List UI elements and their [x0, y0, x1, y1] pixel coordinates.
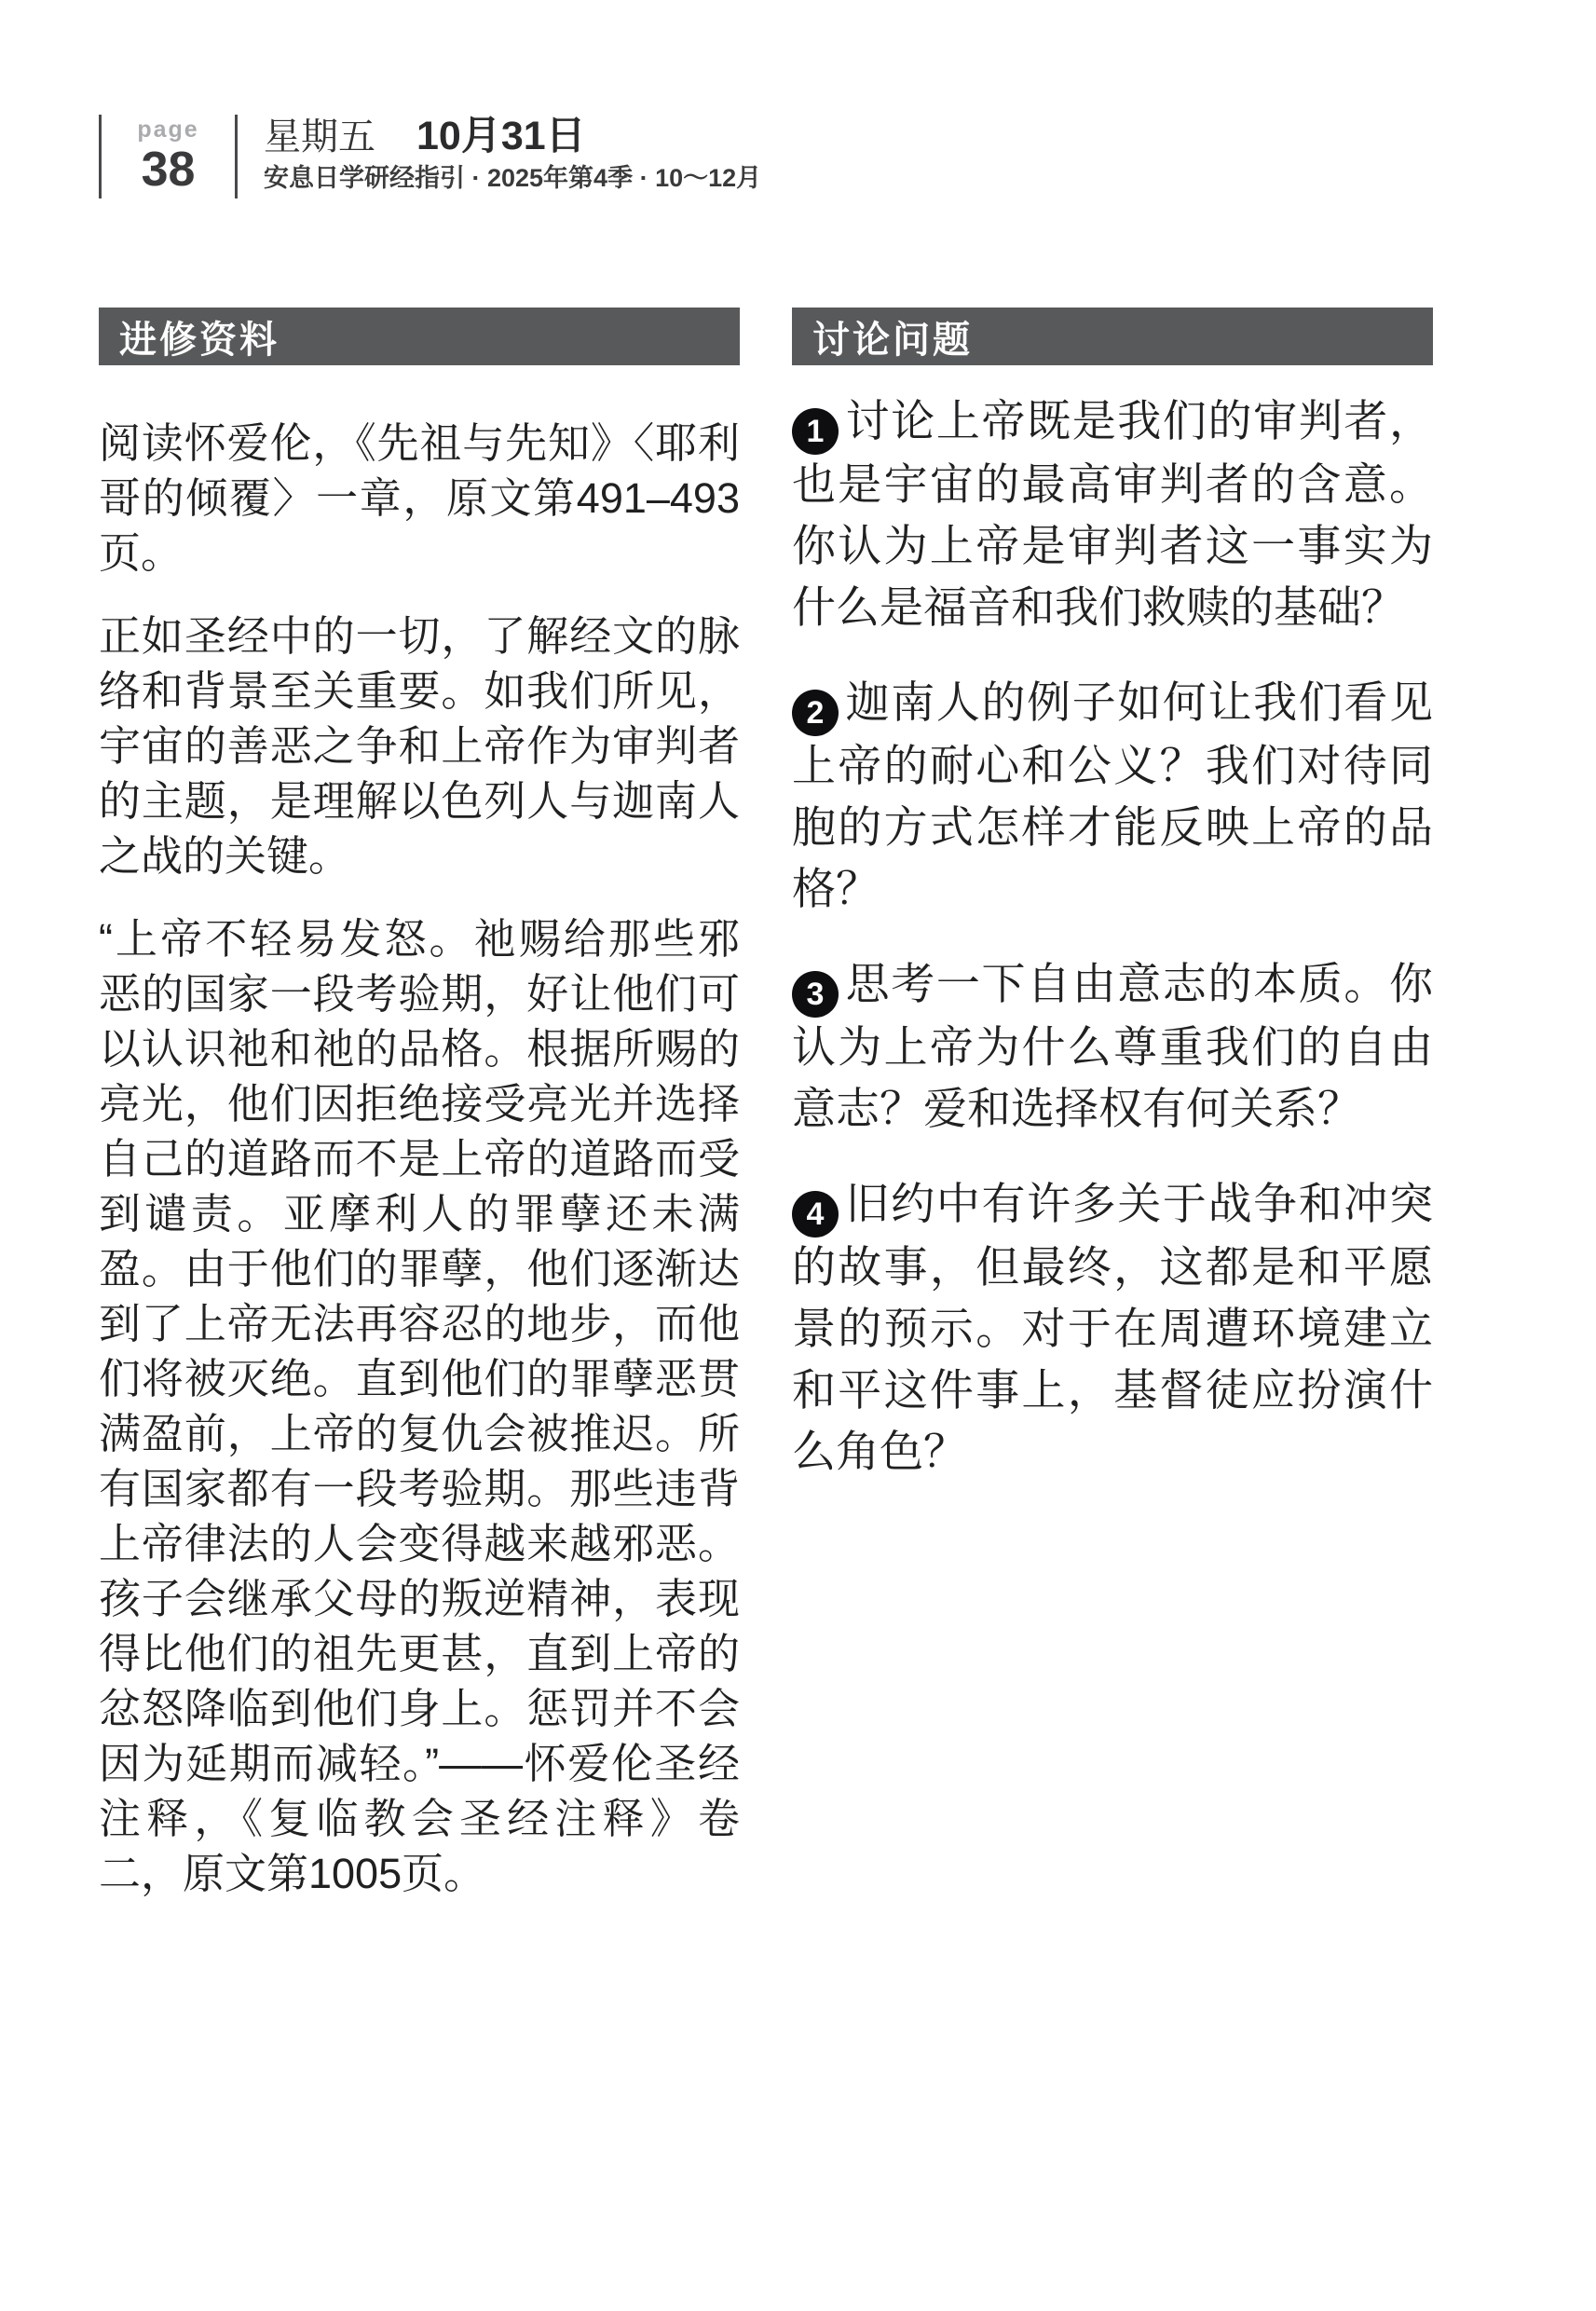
- question-text: 思考一下自由意志的本质。你认为上帝为什么尊重我们的自由意志？爱和选择权有何关系？: [792, 961, 1433, 1134]
- question-number-badge: 3: [792, 971, 839, 1018]
- section-header-study: 进修资料: [99, 308, 740, 365]
- page-header: page 38 星期五 10月31日 安息日学研经指引 · 2025年第4季 ·…: [99, 115, 761, 198]
- question-text: 旧约中有许多关于战争和冲突的故事，但最终，这都是和平愿景的预示。对于在周遭环境建…: [792, 1181, 1433, 1477]
- discussion-question: 1讨论上帝既是我们的审判者，也是宇宙的最高审判者的含意。你认为上帝是审判者这一事…: [792, 391, 1433, 639]
- edition-line: 安息日学研经指引 · 2025年第4季 · 10～12月: [264, 165, 761, 193]
- section-header-discussion-label: 讨论问题: [812, 310, 973, 363]
- date: 10月31日: [416, 116, 586, 157]
- content-columns: 进修资料 阅读怀爱伦，《先祖与先知》〈耶利哥的倾覆〉一章，原文第491–493页…: [99, 308, 1433, 1901]
- page-number-block: page 38: [102, 115, 235, 198]
- question-text: 讨论上帝既是我们的审判者，也是宇宙的最高审判者的含意。你认为上帝是审判者这一事实…: [792, 398, 1433, 633]
- header-rule-mid: [235, 115, 238, 198]
- question-number-badge: 2: [792, 690, 839, 736]
- study-paragraphs: 阅读怀爱伦，《先祖与先知》〈耶利哥的倾覆〉一章，原文第491–493页。 正如圣…: [99, 416, 740, 1901]
- discussion-question: 2迦南人的例子如何让我们看见上帝的耐心和公义？我们对待同胞的方式怎样才能反映上帝…: [792, 673, 1433, 921]
- question-number-badge: 1: [792, 408, 839, 455]
- section-header-discussion: 讨论问题: [792, 308, 1433, 365]
- discussion-questions: 1讨论上帝既是我们的审判者，也是宇宙的最高审判者的含意。你认为上帝是审判者这一事…: [792, 391, 1433, 1484]
- page: page 38 星期五 10月31日 安息日学研经指引 · 2025年第4季 ·…: [0, 0, 1596, 2311]
- discussion-question: 3思考一下自由意志的本质。你认为上帝为什么尊重我们的自由意志？爱和选择权有何关系…: [792, 954, 1433, 1141]
- discussion-question: 4旧约中有许多关于战争和冲突的故事，但最终，这都是和平愿景的预示。对于在周遭环境…: [792, 1174, 1433, 1484]
- weekday: 星期五: [264, 118, 375, 156]
- page-label: page: [102, 118, 235, 142]
- study-paragraph: 正如圣经中的一切，了解经文的脉络和背景至关重要。如我们所见，宇宙的善恶之争和上帝…: [99, 609, 740, 883]
- study-column: 进修资料 阅读怀爱伦，《先祖与先知》〈耶利哥的倾覆〉一章，原文第491–493页…: [99, 308, 740, 1901]
- study-paragraph: “上帝不轻易发怒。祂赐给那些邪恶的国家一段考验期，好让他们可以认识祂和祂的品格。…: [99, 911, 740, 1901]
- section-header-study-label: 进修资料: [119, 310, 280, 363]
- discussion-column: 讨论问题 1讨论上帝既是我们的审判者，也是宇宙的最高审判者的含意。你认为上帝是审…: [792, 308, 1433, 1901]
- study-paragraph: 阅读怀爱伦，《先祖与先知》〈耶利哥的倾覆〉一章，原文第491–493页。: [99, 416, 740, 581]
- date-line: 星期五 10月31日: [264, 116, 761, 157]
- question-text: 迦南人的例子如何让我们看见上帝的耐心和公义？我们对待同胞的方式怎样才能反映上帝的…: [792, 679, 1433, 914]
- page-number: 38: [102, 145, 235, 194]
- header-title-block: 星期五 10月31日 安息日学研经指引 · 2025年第4季 · 10～12月: [264, 115, 761, 198]
- question-number-badge: 4: [792, 1191, 839, 1238]
